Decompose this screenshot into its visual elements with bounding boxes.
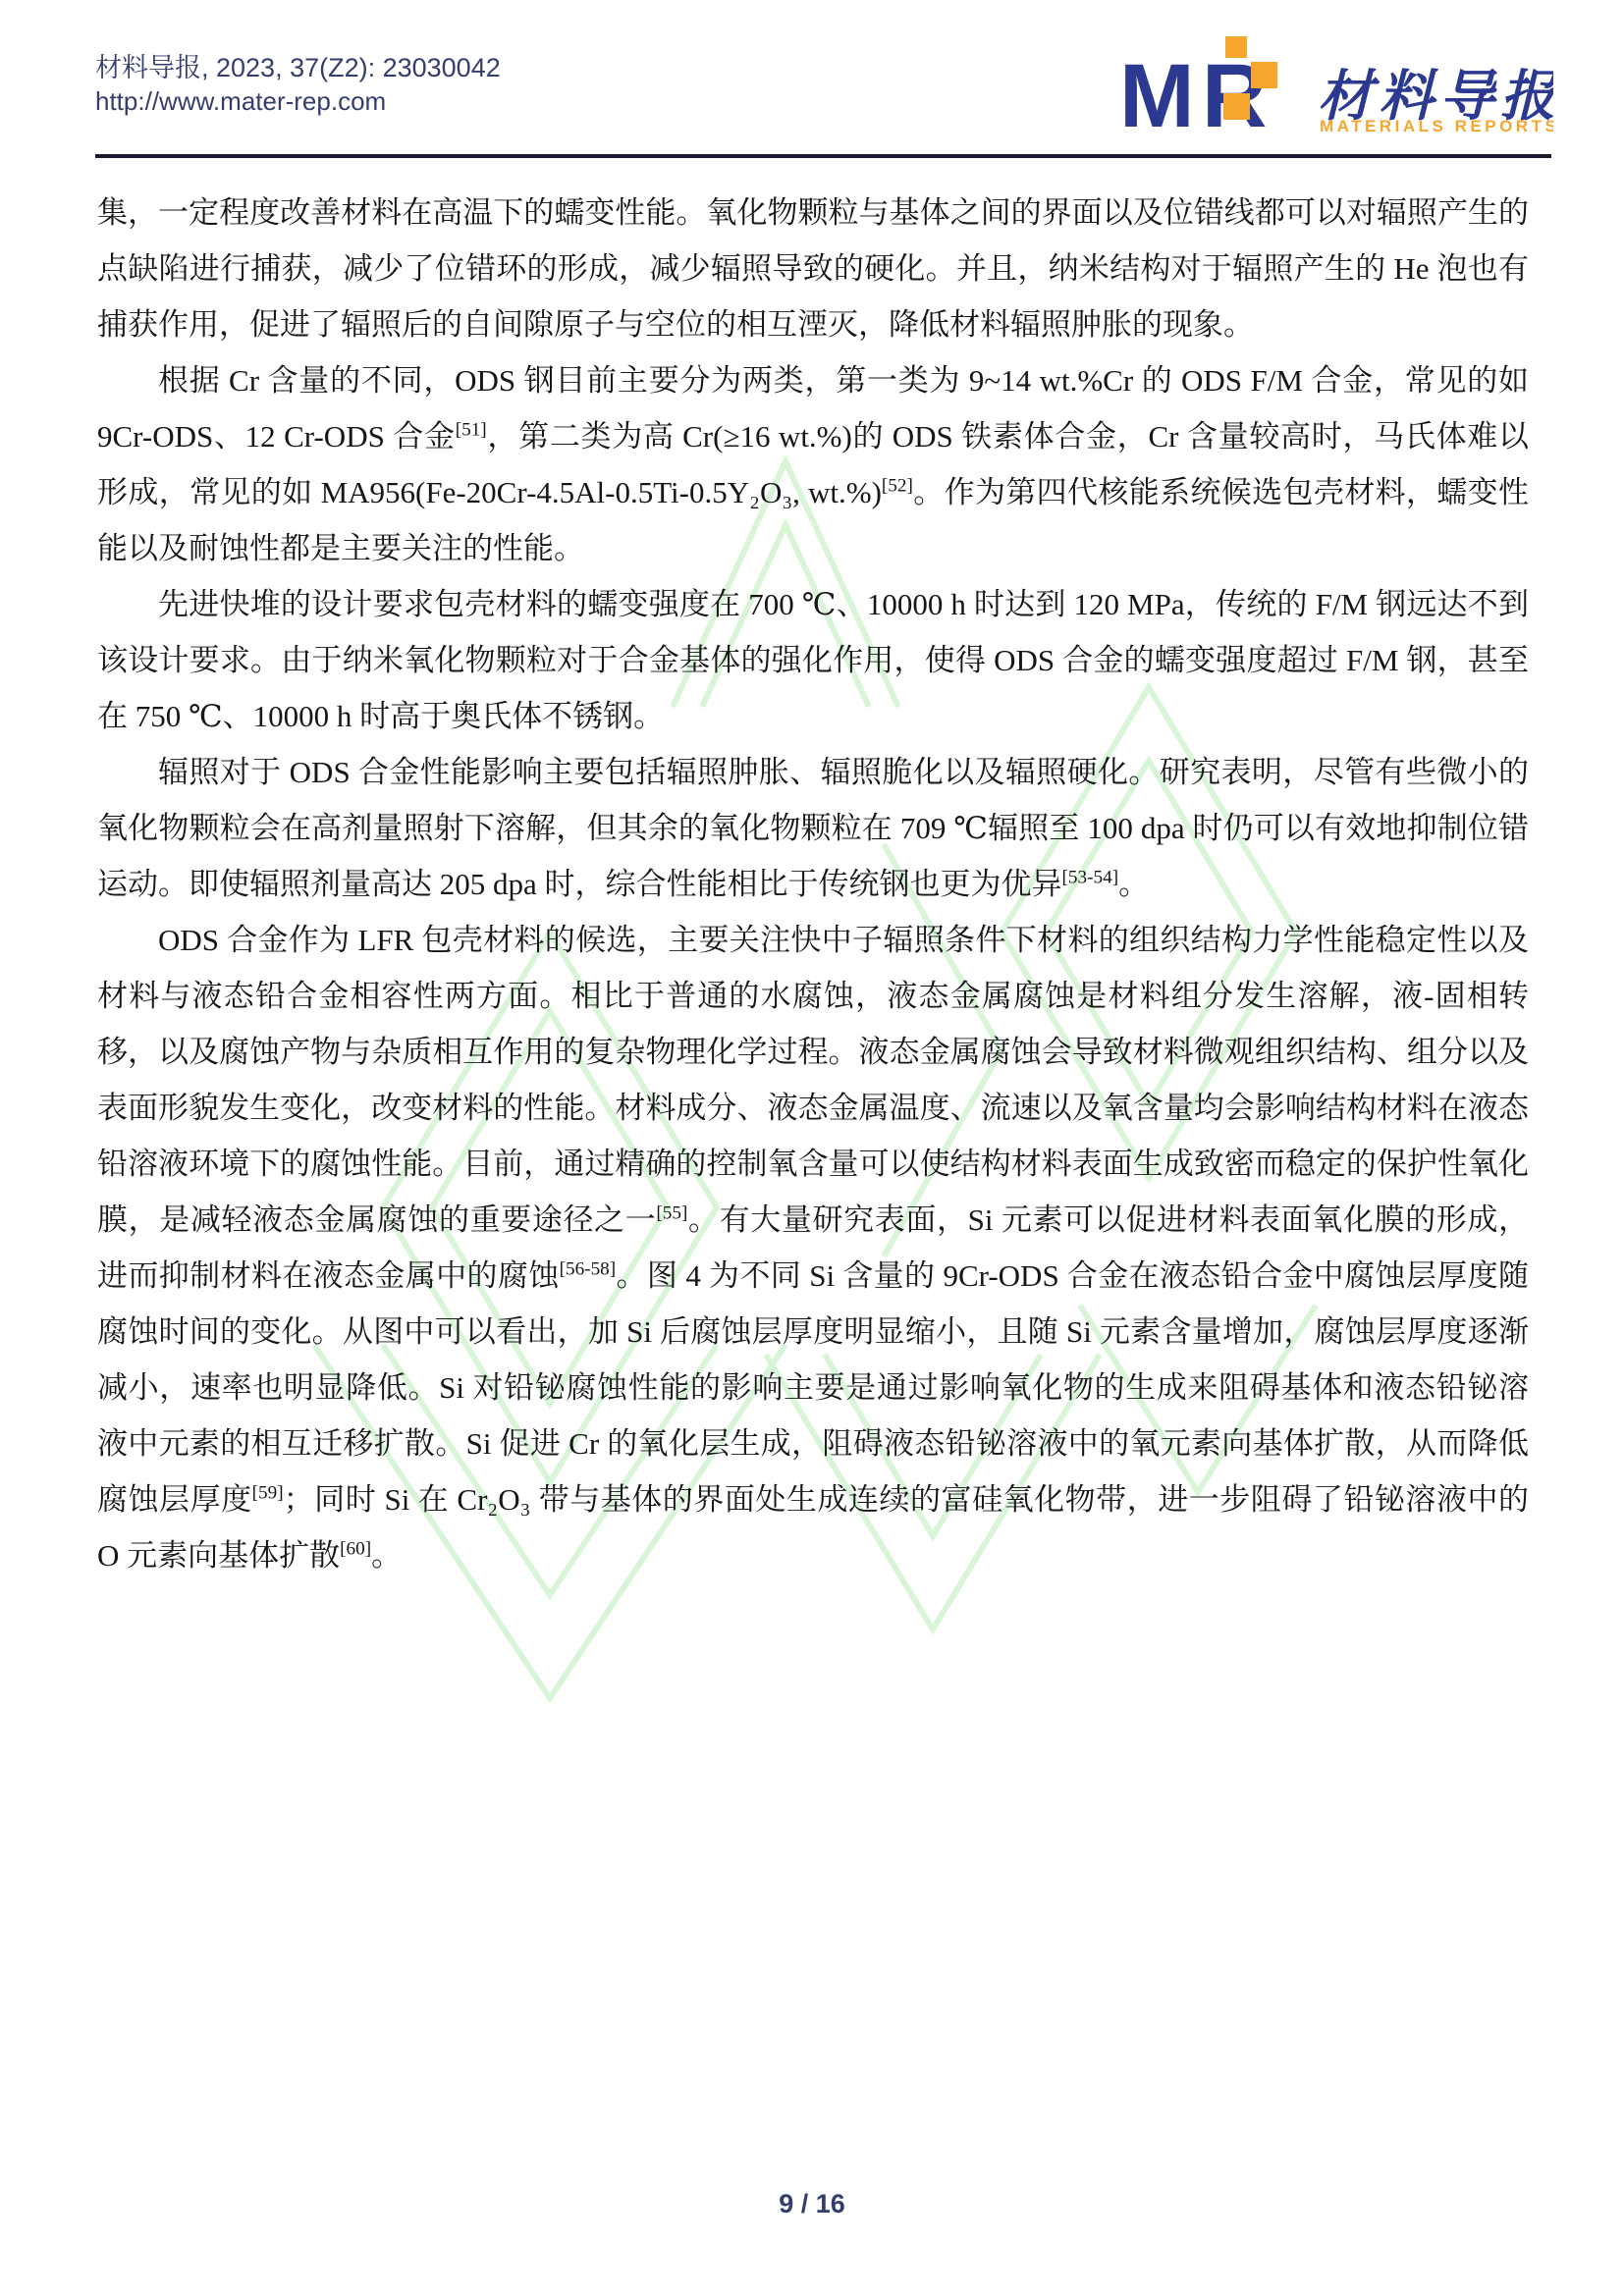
citation-reference: [51] (456, 420, 487, 441)
citation-reference: [53-54] (1062, 868, 1119, 888)
article-body: 集，一定程度改善材料在高温下的蠕变性能。氧化物颗粒与基体之间的界面以及位错线都可… (97, 185, 1529, 1583)
page-footer: 9 / 16 (0, 2189, 1624, 2219)
citation-reference: [55] (656, 1203, 687, 1224)
paragraph: 先进快堆的设计要求包壳材料的蠕变强度在 700 ℃、10000 h 时达到 12… (97, 576, 1529, 744)
page-number: 9 / 16 (779, 2189, 845, 2218)
logo-square-icon (1251, 62, 1277, 88)
logo-mr-monogram: M R (1125, 36, 1277, 133)
journal-logo: M R 材料导报 MATERIALS REPORTS (1125, 32, 1553, 133)
logo-subtitle: MATERIALS REPORTS (1320, 117, 1553, 133)
svg-text:M: M (1125, 46, 1195, 133)
logo-square-icon (1225, 36, 1247, 58)
header: 材料导报, 2023, 37(Z2): 23030042 http://www.… (95, 51, 501, 118)
journal-url[interactable]: http://www.mater-rep.com (95, 84, 501, 118)
paragraph: 集，一定程度改善材料在高温下的蠕变性能。氧化物颗粒与基体之间的界面以及位错线都可… (97, 185, 1529, 352)
header-divider (95, 154, 1551, 158)
citation-reference: [60] (340, 1539, 371, 1560)
citation-reference: [56-58] (560, 1259, 617, 1280)
logo-square-icon (1223, 93, 1250, 120)
citation-reference: [59] (252, 1483, 284, 1504)
journal-citation: 材料导报, 2023, 37(Z2): 23030042 (95, 51, 501, 84)
page: { "header": { "journal_line": "材料导报, 202… (0, 0, 1624, 2296)
paragraph: ODS 合金作为 LFR 包壳材料的候选，主要关注快中子辐照条件下材料的组织结构… (97, 912, 1529, 1583)
citation-reference: [52] (882, 476, 913, 497)
journal-logo-graphic: M R 材料导报 MATERIALS REPORTS (1125, 32, 1553, 133)
paragraph: 辐照对于 ODS 合金性能影响主要包括辐照肿胀、辐照脆化以及辐照硬化。研究表明，… (97, 744, 1529, 912)
paragraph: 根据 Cr 含量的不同，ODS 钢目前主要分为两类，第一类为 9~14 wt.%… (97, 352, 1529, 576)
